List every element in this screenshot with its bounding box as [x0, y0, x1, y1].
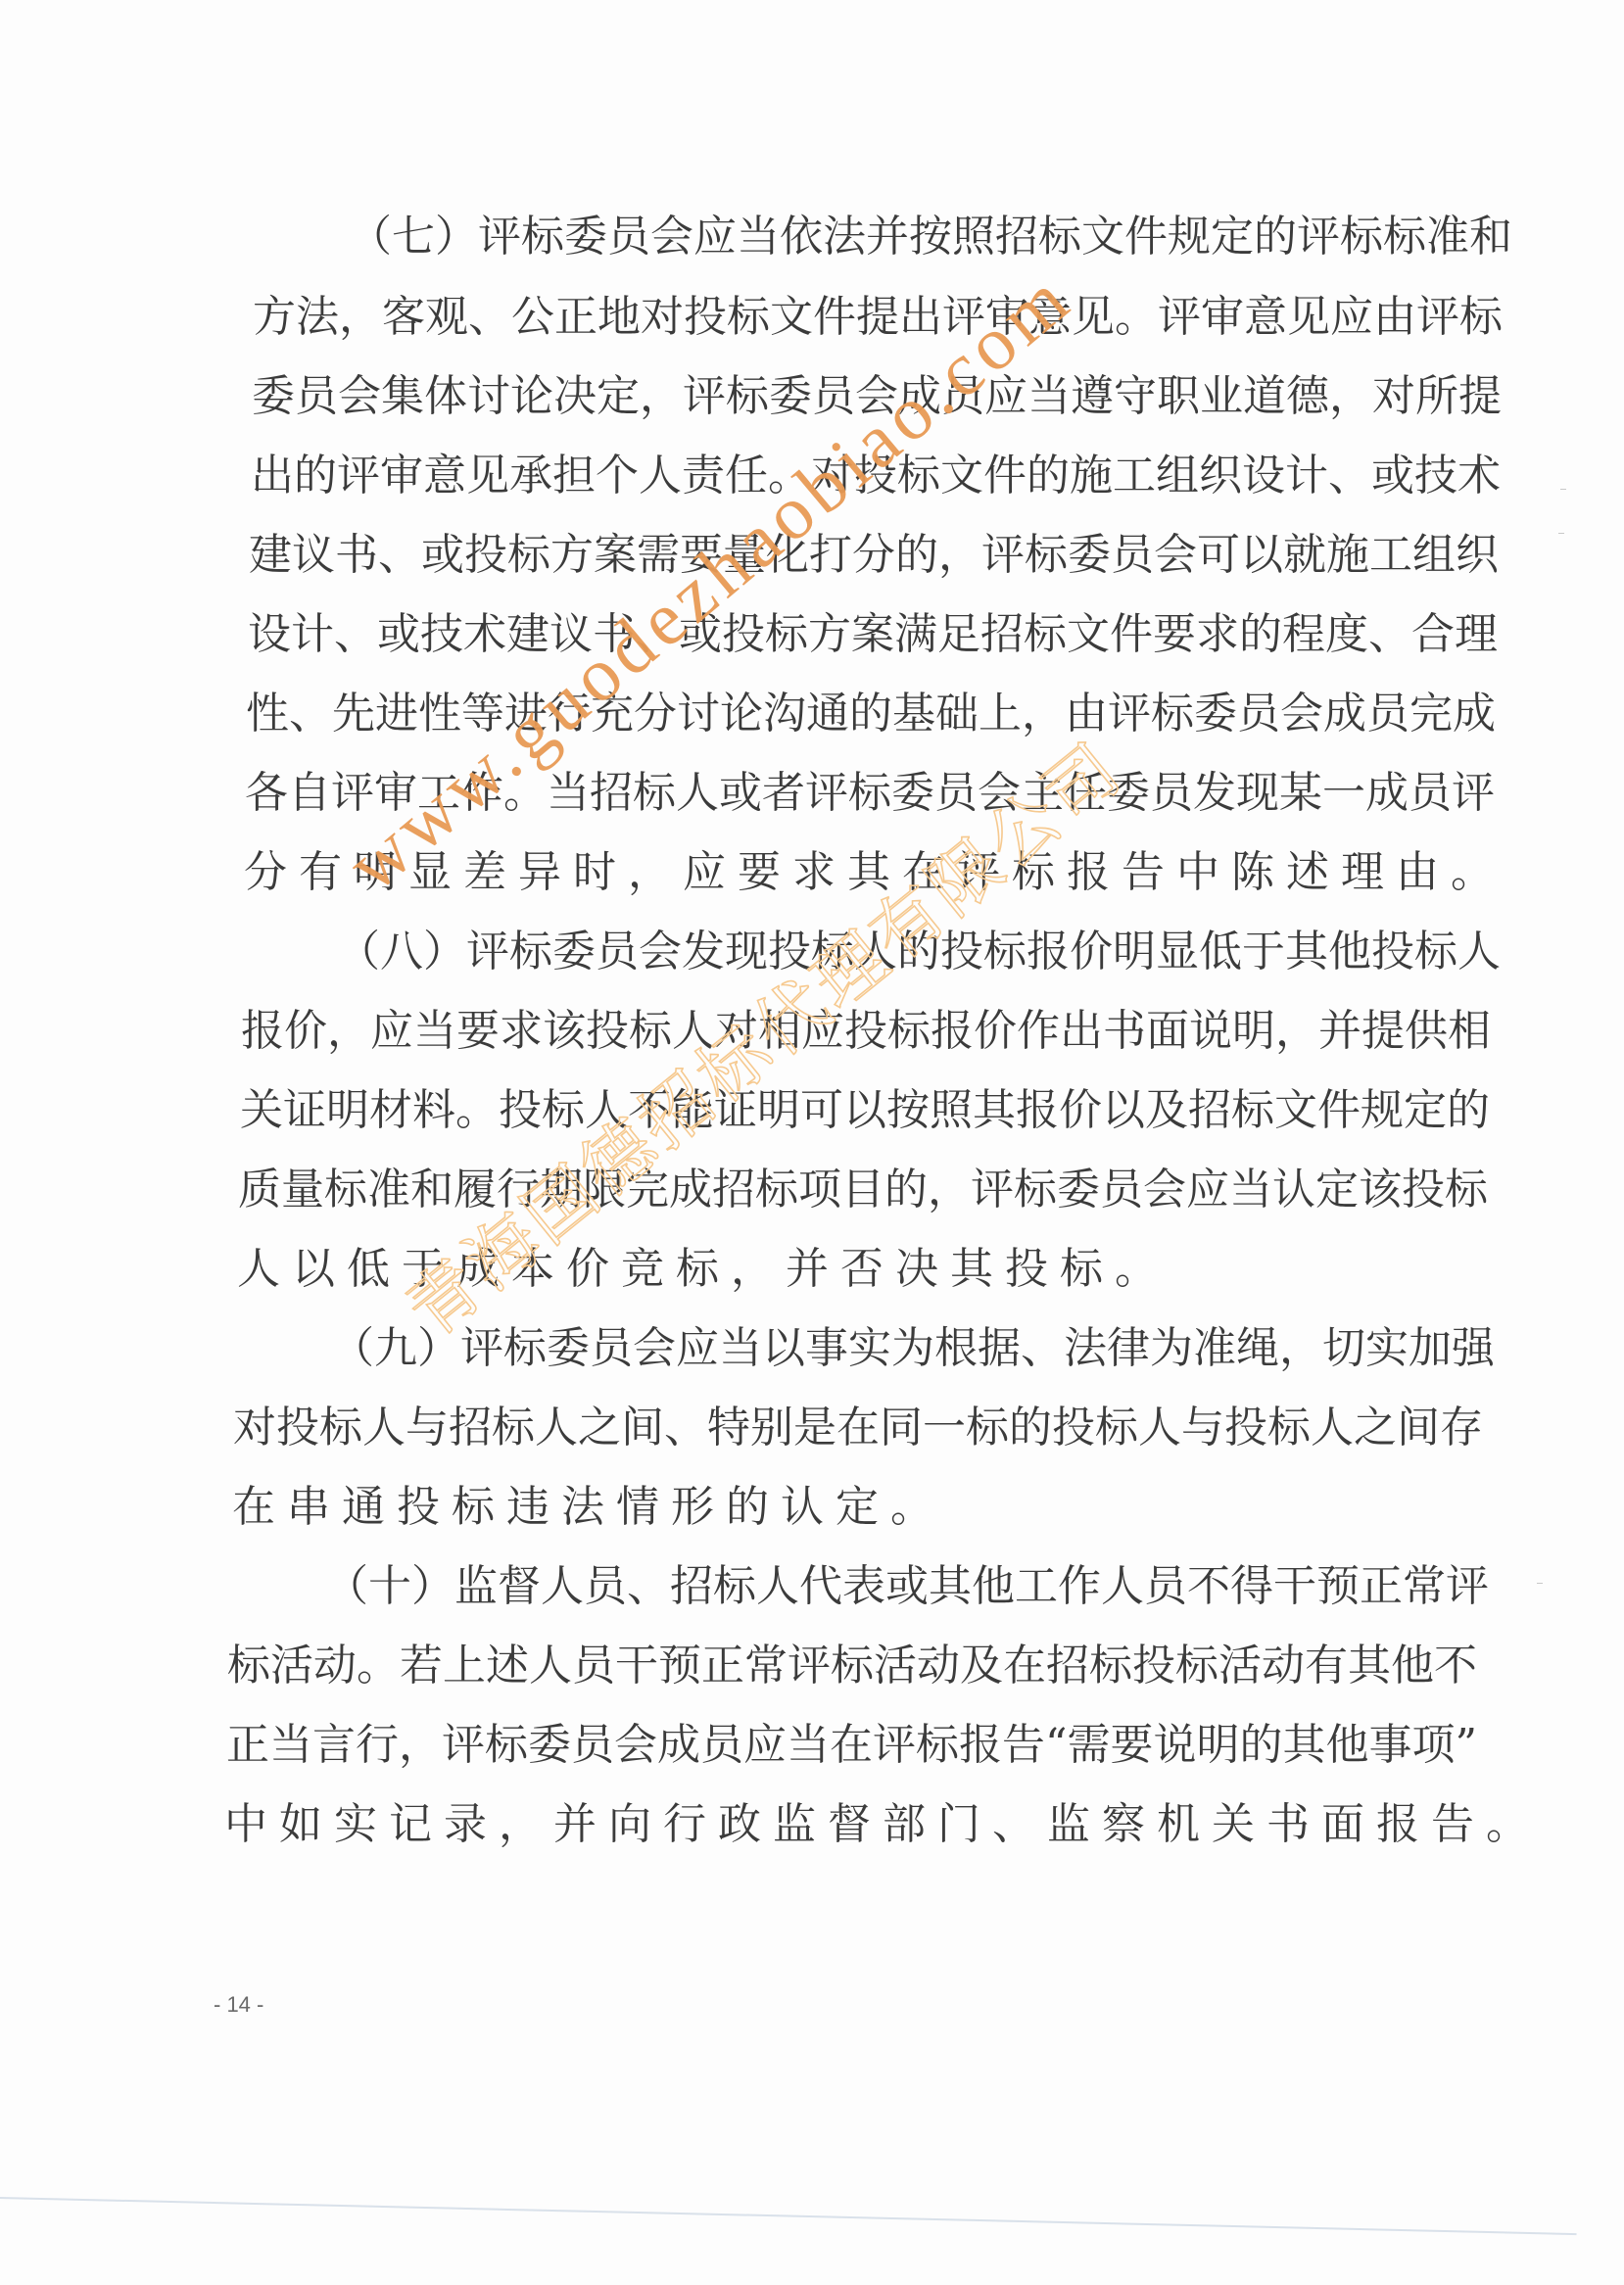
- text-line: 中如实记录，并向行政监督部门、监察机关书面报告。: [224, 1785, 1381, 1864]
- text-line: 正当言行，评标委员会成员应当在评标报告“需要说明的其他事项”: [226, 1706, 1384, 1785]
- page-number: - 14 -: [214, 1992, 263, 2018]
- text-line: 各自评审工作。当招标人或者评标委员会主任委员发现某一成员评: [245, 754, 1404, 833]
- text-line: （七）评标委员会应当依法并按照招标文件规定的评标标准和: [349, 198, 1414, 276]
- text-line: 性、先进性等进行充分讨论沟通的基础上，由评标委员会成员完成: [246, 675, 1406, 753]
- text-line: 质量标准和履行期限完成招标项目的，评标委员会应当认定该投标: [238, 1151, 1396, 1229]
- text-line: （十）监督人员、招标人代表或其他工作人员不得干预正常评: [325, 1547, 1387, 1626]
- text-line: 分有明显差异时，应要求其在评标报告中陈述理由。: [244, 833, 1403, 912]
- text-line: 对投标人与招标人之间、特别是在同一标的投标人与投标人之间存: [233, 1389, 1391, 1467]
- scan-speck: [1560, 489, 1566, 490]
- text-line: （八）评标委员会发现投标人的投标报价明显低于其他投标人: [337, 913, 1401, 991]
- text-line: 方法，客观、公正地对投标文件提出评审意见。评审意见应由评标: [253, 278, 1414, 357]
- text-line: 设计、或技术建议书、或投标方案满足招标文件要求的程度、合理: [248, 595, 1408, 674]
- document-page: （七）评标委员会应当依法并按照招标文件规定的评标标准和 方法，客观、公正地对投标…: [0, 0, 1624, 2285]
- text-line: 委员会集体讨论决定，评标委员会成员应当遵守职业道德，对所提: [252, 357, 1413, 436]
- scan-edge-line: [0, 2197, 1577, 2235]
- text-line: （九）评标委员会应当以事实为根据、法律为准绳，切实加强: [331, 1309, 1393, 1388]
- text-line: 关证明材料。投标人不能证明可以按照其报价以及招标文件规定的: [240, 1071, 1398, 1150]
- text-line: 在串通投标违法情形的认定。: [232, 1468, 1389, 1547]
- scan-speck: [1537, 1583, 1543, 1584]
- text-line: 出的评审意见承担个人责任。对投标文件的施工组织设计、或技术: [251, 437, 1411, 515]
- text-line: 报价，应当要求该投标人对相应投标报价作出书面说明，并提供相: [241, 992, 1400, 1071]
- text-line: 建议书、或投标方案需要量化打分的，评标委员会可以就施工组织: [249, 516, 1409, 595]
- scan-speck: [1558, 533, 1564, 534]
- text-line: 标活动。若上述人员干预正常评标活动及在招标投标活动有其他不: [227, 1627, 1385, 1705]
- text-line: 人以低于成本价竞标，并否决其投标。: [237, 1230, 1394, 1309]
